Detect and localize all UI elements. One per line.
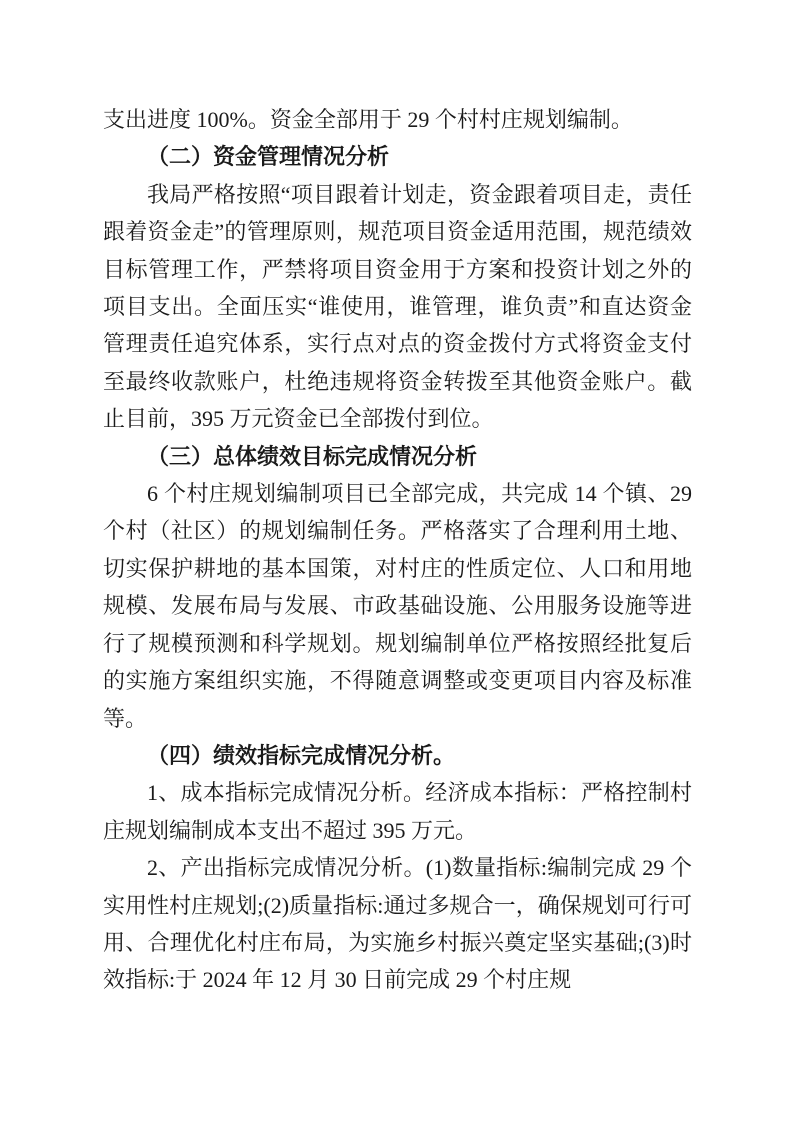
heading-section-3-overall-performance-goal: （三）总体绩效目标完成情况分析 (103, 438, 692, 475)
paragraph-fund-management-analysis: 我局严格按照“项目跟着计划走，资金跟着项目走，责任跟着资金走”的管理原则，规范项… (103, 176, 692, 438)
paragraph-output-indicator-analysis: 2、产出指标完成情况分析。(1)数量指标:编制完成 29 个实用性村庄规划;(2… (103, 849, 692, 999)
heading-section-4-performance-indicators: （四）绩效指标完成情况分析。 (103, 737, 692, 774)
document-page: 支出进度 100%。资金全部用于 29 个村村庄规划编制。 （二）资金管理情况分… (0, 0, 793, 1122)
paragraph-spending-progress-continued: 支出进度 100%。资金全部用于 29 个村村庄规划编制。 (103, 101, 692, 138)
paragraph-overall-goal-completion: 6 个村庄规划编制项目已全部完成，共完成 14 个镇、29 个村（社区）的规划编… (103, 475, 692, 737)
paragraph-cost-indicator-analysis: 1、成本指标完成情况分析。经济成本指标：严格控制村庄规划编制成本支出不超过 39… (103, 774, 692, 849)
heading-section-2-fund-management: （二）资金管理情况分析 (103, 138, 692, 175)
